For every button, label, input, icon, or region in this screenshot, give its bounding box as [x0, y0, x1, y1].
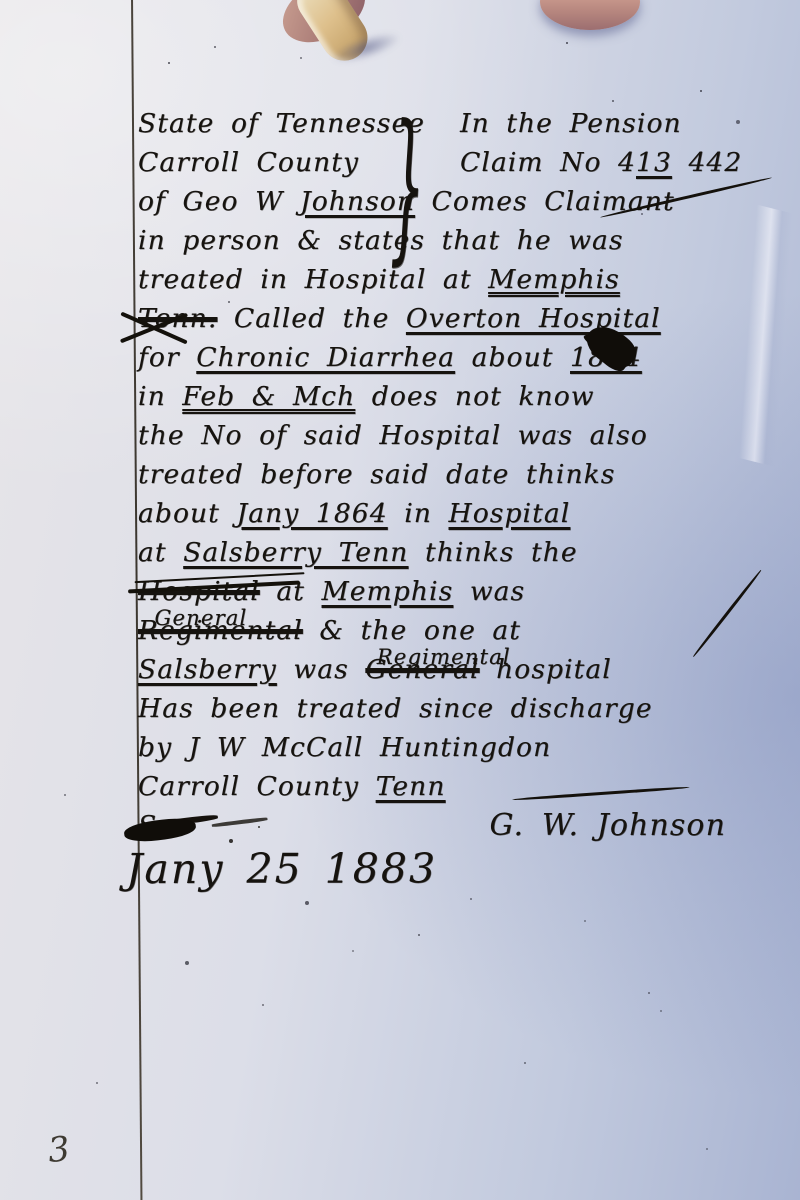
handwritten-text: 4 [618, 147, 636, 178]
handwritten-line: in Feb & Mch does not know [138, 377, 778, 416]
handwritten-text: was [277, 654, 365, 685]
handwritten-line: Carroll CountyClaim No 413 442 [138, 143, 778, 182]
handwritten-line: by J W McCall Huntingdon [138, 728, 778, 767]
handwritten-text: Tenn [376, 771, 446, 802]
document-photo: } State of TennesseeIn the PensionCarrol… [0, 0, 800, 1200]
handwritten-text: does not know [355, 381, 594, 412]
handwritten-text: Has been treated since discharge [138, 693, 653, 724]
handwritten-text: Johnson [300, 186, 415, 217]
handwritten-line: about Jany 1864 in Hospital [138, 494, 778, 533]
handwritten-text: Claim No [460, 147, 618, 178]
handwritten-text: at [138, 537, 183, 568]
handwritten-text: of Geo W [138, 186, 300, 217]
handwritten-line: the No of said Hospital was also [138, 416, 778, 455]
handwritten-text: In the Pension [460, 108, 682, 139]
handwritten-line: treated before said date thinks [138, 455, 778, 494]
handwritten-line: Has been treated since discharge [138, 689, 778, 728]
corrected-word: GeneralRegimental [138, 611, 303, 650]
inserted-word: Regimental [377, 637, 511, 676]
fingertip [540, 0, 640, 30]
handwritten-line: at Salsberry Tenn thinks the [138, 533, 778, 572]
handwritten-text: about [138, 498, 236, 529]
handwritten-text: thinks the [408, 537, 577, 568]
handwritten-text: Feb & Mch [182, 381, 355, 412]
handwritten-line: State of TennesseeIn the Pension [138, 104, 778, 143]
handwritten-text: Called the [217, 303, 406, 334]
ink-cross-out [118, 306, 188, 352]
handwritten-right-column: Claim No 413 442 [460, 143, 742, 182]
inserted-word: General [154, 598, 247, 637]
handwritten-text: Salsberry Tenn [183, 537, 408, 568]
handwritten-line: Jany 25 1883 [126, 850, 778, 904]
handwritten-line: treated in Hospital at Memphis [138, 260, 778, 299]
handwritten-text: by J W McCall Huntingdon [138, 732, 551, 763]
handwritten-text: Comes Claimant [415, 186, 675, 217]
handwritten-text: Salsberry [138, 654, 277, 685]
handwritten-text: was [453, 576, 525, 607]
corrected-word: RegimentalGeneral [365, 650, 479, 689]
handwritten-text: Jany 25 1883 [126, 845, 437, 893]
handwritten-line: Salsberry was RegimentalGeneral hospital [138, 650, 778, 689]
handwritten-line: of Geo W Johnson Comes Claimant [138, 182, 778, 221]
handwritten-text: G. W. Johnson [490, 808, 726, 843]
handwritten-text: 13 [636, 147, 672, 178]
handwritten-text: 442 [672, 147, 742, 178]
handwritten-text: Memphis [488, 264, 620, 295]
handwritten-text: treated before said date thinks [138, 459, 616, 490]
handwritten-text: Jany 1864 [236, 498, 387, 529]
handwritten-text: treated in Hospital at [138, 264, 488, 295]
paper-specks [0, 0, 2, 2]
handwritten-text: the No of said Hospital was also [138, 420, 648, 451]
handwritten-text: in [388, 498, 449, 529]
handwritten-text: Chronic Diarrhea [196, 342, 455, 373]
handwritten-text: Memphis [322, 576, 454, 607]
handwritten-right-column: In the Pension [460, 104, 682, 143]
handwriting-lines: State of TennesseeIn the PensionCarroll … [138, 104, 778, 904]
handwritten-text: in person & states that he was [138, 225, 624, 256]
handwritten-text: about [455, 342, 570, 373]
page-number: 3 [46, 1129, 72, 1171]
handwritten-line: in person & states that he was [138, 221, 778, 260]
handwritten-line: for Chronic Diarrhea about 1864 [138, 338, 778, 377]
handwritten-text: State of Tennessee [138, 108, 425, 139]
fingertip-with-nail [280, 0, 420, 76]
handwritten-text: Carroll County [138, 771, 376, 802]
handwritten-text: Overton Hospital [406, 303, 661, 334]
handwritten-text: Carroll County [138, 147, 359, 178]
handwritten-text: Hospital [449, 498, 571, 529]
handwritten-text: in [138, 381, 182, 412]
handwritten-line: Tenn. Called the Overton Hospital [138, 299, 778, 338]
